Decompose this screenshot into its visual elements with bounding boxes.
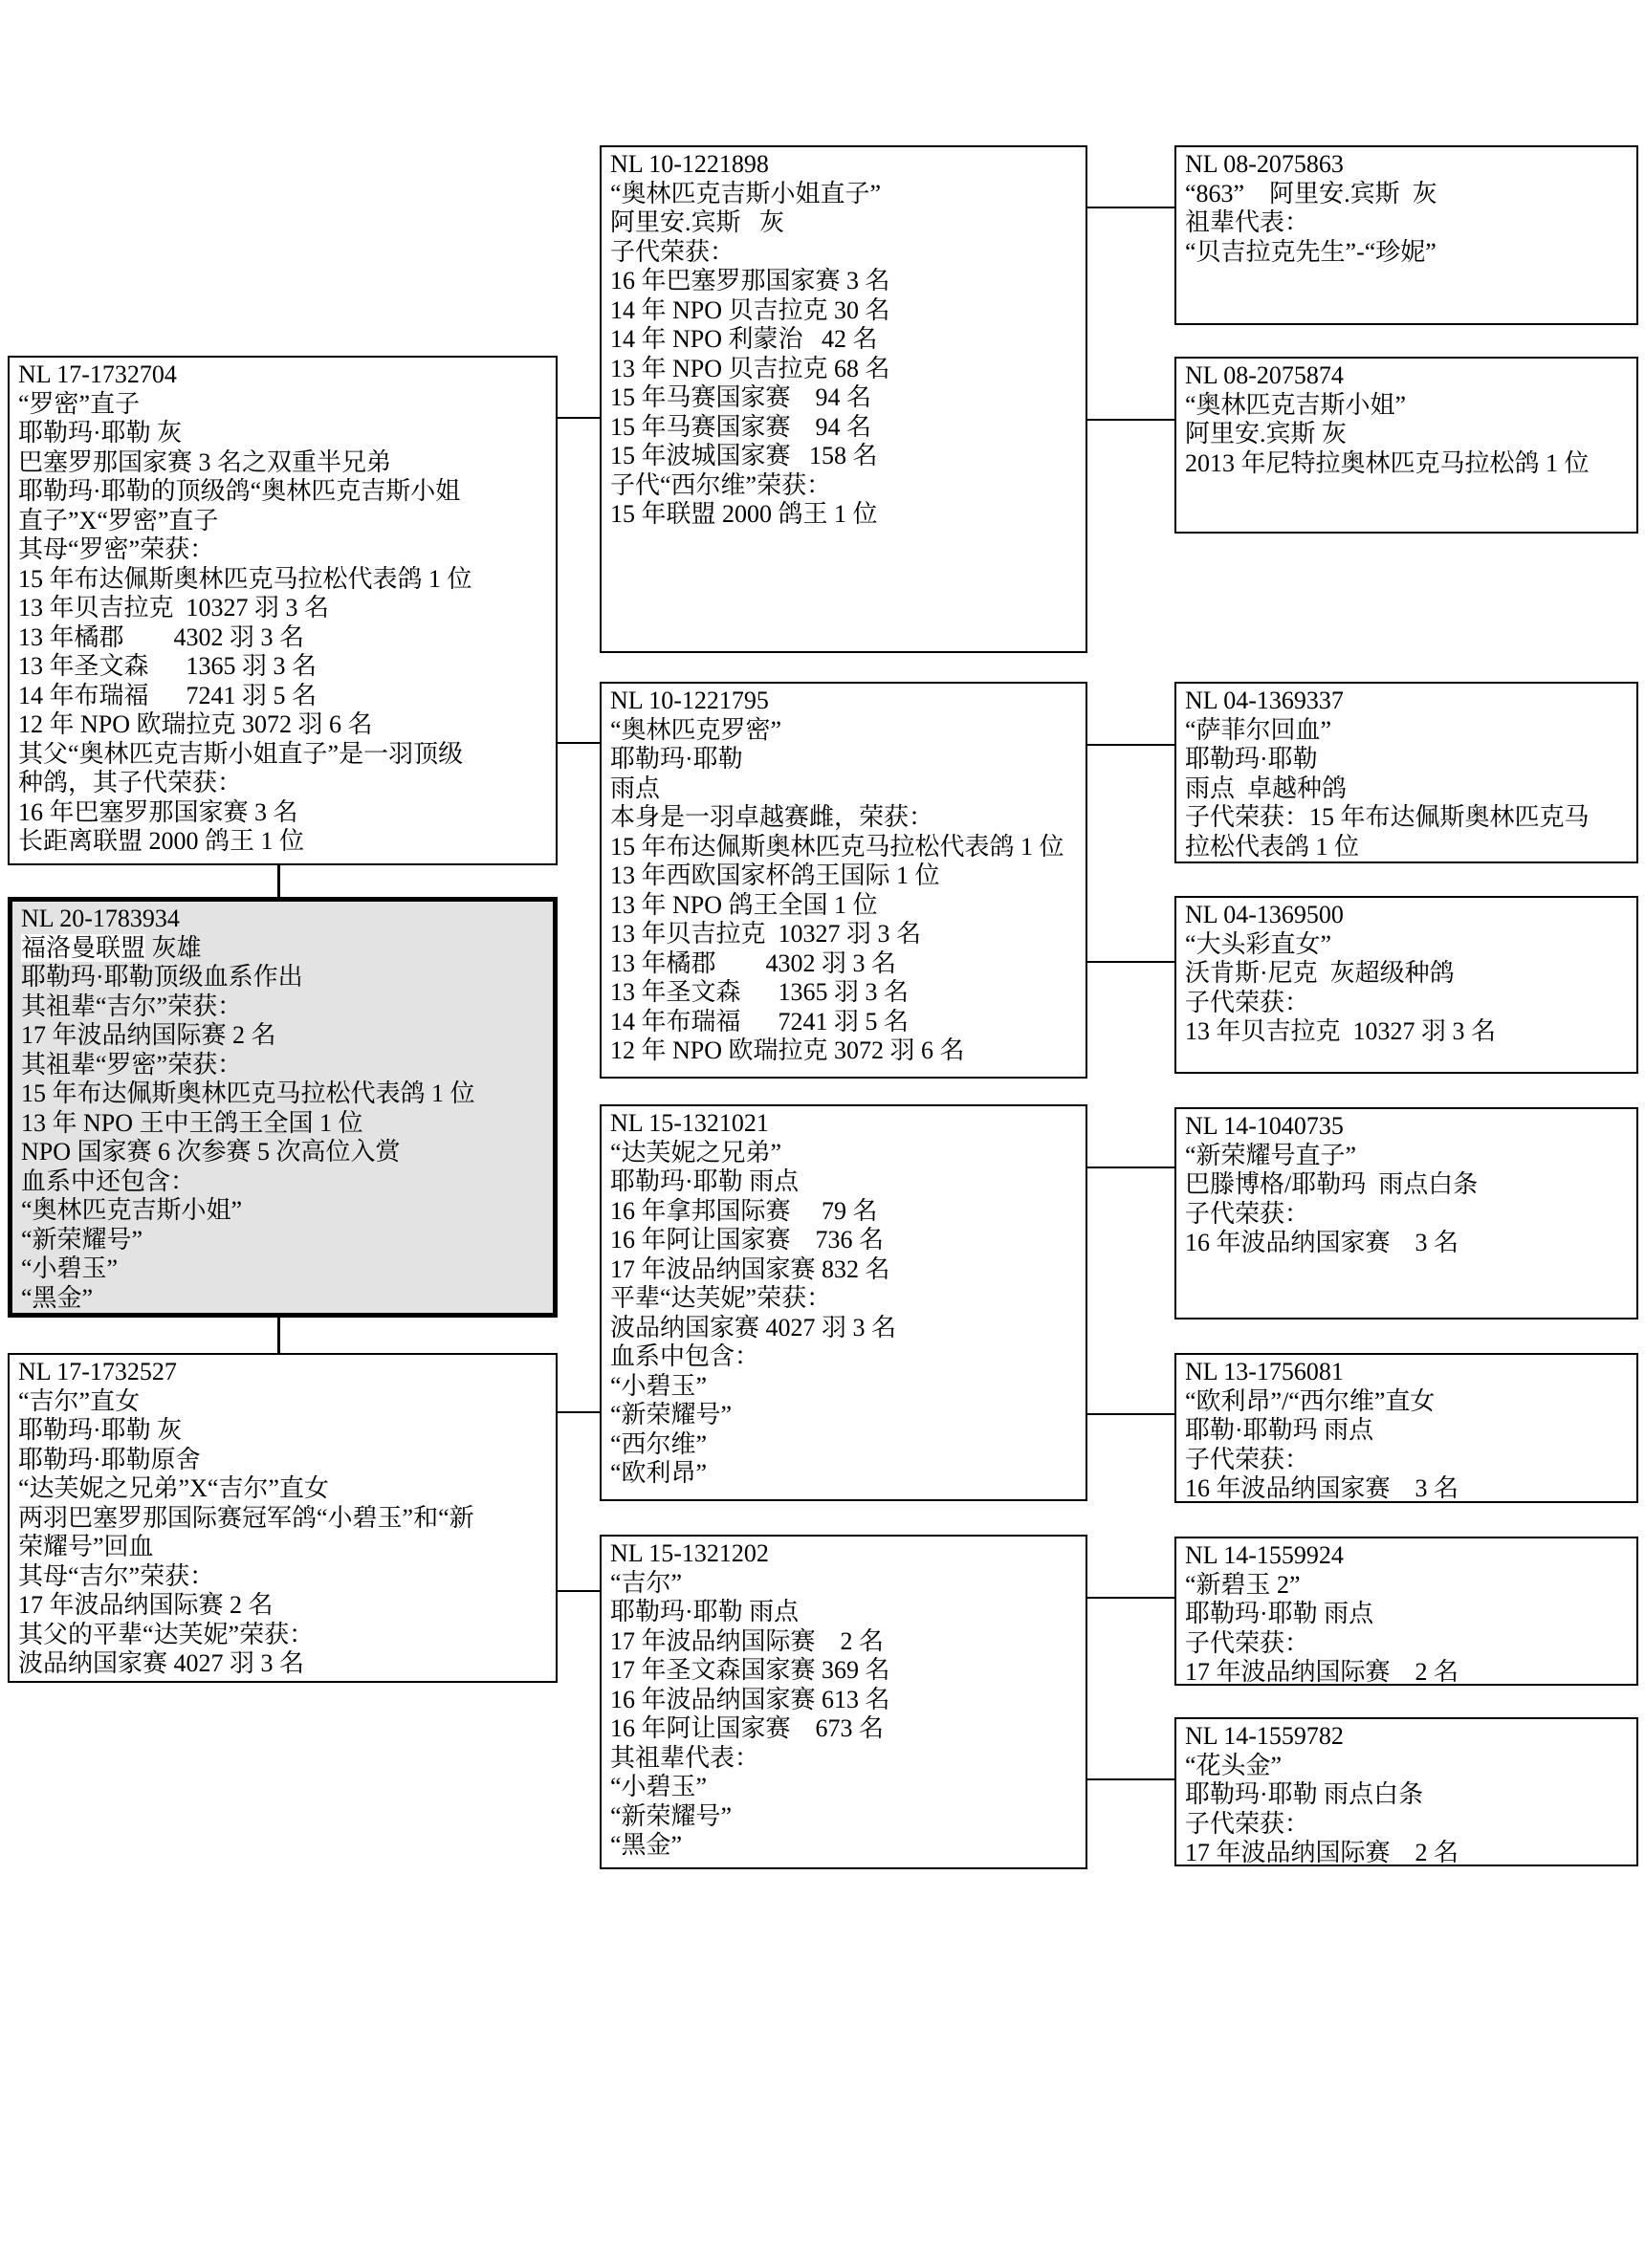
- box-line: “黑金”: [610, 1831, 1082, 1861]
- highlighted-text: 福洛曼联盟: [21, 934, 145, 962]
- ring-number: NL 10-1221795: [610, 687, 1082, 716]
- box-line: “新荣耀号”: [610, 1802, 1082, 1832]
- box-line: 雨点: [610, 774, 1082, 804]
- box-line: 14 年布瑞福 7241 羽 5 名: [610, 1008, 1082, 1037]
- box-line: 阿里安.宾斯 灰: [610, 208, 1082, 238]
- box-line: “小碧玉”: [610, 1372, 1082, 1402]
- box-line: 17 年圣文森国家赛 369 名: [610, 1656, 1082, 1686]
- box-line: 阿里安.宾斯 灰: [1185, 420, 1633, 449]
- box-line: 耶勒玛·耶勒原舍: [18, 1446, 552, 1475]
- ring-number: NL 10-1221898: [610, 150, 1082, 180]
- box-line: 拉松代表鸽 1 位: [1185, 833, 1633, 862]
- box-line: 13 年 NPO 王中王鸽王全国 1 位: [21, 1109, 549, 1139]
- box-line: 17 年波品纳国际赛 2 名: [610, 1627, 1082, 1657]
- box-line: “小碧玉”: [610, 1773, 1082, 1802]
- ring-number: NL 04-1369500: [1185, 901, 1633, 930]
- box-line: 子代荣获：: [1185, 1810, 1633, 1840]
- box-line: 耶勒·耶勒玛 雨点: [1185, 1416, 1633, 1446]
- box-line: “达芙妮之兄弟”: [610, 1139, 1082, 1168]
- connector-sire-sire-to-sire-sire-dam: [1087, 419, 1174, 421]
- box-line: 17 年波品纳国际赛 2 名: [21, 1021, 549, 1051]
- box-line: 13 年贝吉拉克 10327 羽 3 名: [610, 920, 1082, 949]
- box-line: “新荣耀号”: [21, 1226, 549, 1255]
- box-line: 15 年联盟 2000 鸽王 1 位: [610, 500, 1082, 530]
- box-line: “奥林匹克罗密”: [610, 716, 1082, 746]
- box-line: 12 年 NPO 欧瑞拉克 3072 羽 6 名: [610, 1036, 1082, 1066]
- box-line: “西尔维”: [610, 1430, 1082, 1460]
- connector-dam-sire-to-dam-sire-dam: [1087, 1413, 1174, 1415]
- pedigree-box-dam-dam-sire: NL 14-1559924“新碧玉 2”耶勒玛·耶勒 雨点子代荣获：17 年波品…: [1174, 1537, 1638, 1686]
- connector-sire-to-sire-sire: [558, 417, 600, 419]
- box-line: 波品纳国家赛 4027 羽 3 名: [610, 1314, 1082, 1343]
- box-line: 两羽巴塞罗那国际赛冠军鸽“小碧玉”和“新: [18, 1504, 552, 1534]
- box-line: 沃肯斯·尼克 灰超级种鸽: [1185, 959, 1633, 989]
- box-line: 耶勒玛·耶勒: [1185, 745, 1633, 774]
- box-line: “吉尔”直女: [18, 1387, 552, 1417]
- box-line: “新荣耀号”: [610, 1401, 1082, 1430]
- box-line: 17 年波品纳国家赛 832 名: [610, 1255, 1082, 1285]
- ring-number: NL 17-1732704: [18, 360, 552, 390]
- pedigree-box-sire-sire-sire: NL 08-2075863“863” 阿里安.宾斯 灰祖辈代表：“贝吉拉克先生”…: [1174, 145, 1638, 325]
- box-line: 14 年 NPO 贝吉拉克 30 名: [610, 296, 1082, 326]
- box-line: 15 年马赛国家赛 94 名: [610, 413, 1082, 443]
- box-line: 其祖辈“罗密”荣获：: [21, 1051, 549, 1080]
- box-line: 福洛曼联盟 灰雄: [21, 934, 549, 964]
- box-line: 长距离联盟 2000 鸽王 1 位: [18, 827, 552, 857]
- box-line: 13 年圣文森 1365 羽 3 名: [18, 652, 552, 682]
- box-line: 耶勒玛·耶勒 雨点: [610, 1598, 1082, 1627]
- box-line: 血系中还包含：: [21, 1167, 549, 1197]
- box-line: 13 年 NPO 鸽王全国 1 位: [610, 891, 1082, 921]
- box-line: 血系中包含：: [610, 1342, 1082, 1372]
- box-line: 子代荣获：: [610, 238, 1082, 268]
- ring-number: NL 15-1321202: [610, 1539, 1082, 1569]
- connector-dam-sire-to-dam-sire-sire: [1087, 1167, 1174, 1168]
- connector-dam-to-dam-dam: [558, 1590, 600, 1592]
- box-line: 其祖辈“吉尔”荣获：: [21, 992, 549, 1022]
- box-line: 15 年布达佩斯奥林匹克马拉松代表鸽 1 位: [610, 833, 1082, 862]
- pedigree-box-sire-sire: NL 10-1221898“奥林匹克吉斯小姐直子”阿里安.宾斯 灰子代荣获：16…: [600, 145, 1087, 653]
- box-line: 子代荣获：: [1185, 1629, 1633, 1659]
- box-line: 其母“吉尔”荣获：: [18, 1562, 552, 1592]
- box-line: 2013 年尼特拉奥林匹克马拉松鸽 1 位: [1185, 449, 1633, 479]
- box-line: “奥林匹克吉斯小姐直子”: [610, 180, 1082, 209]
- box-line: 耶勒玛·耶勒的顶级鸽“奥林匹克吉斯小姐: [18, 477, 552, 507]
- box-line: 耶勒玛·耶勒 灰: [18, 1416, 552, 1446]
- box-line: 巴塞罗那国家赛 3 名之双重半兄弟: [18, 448, 552, 478]
- box-line: 巴滕博格/耶勒玛 雨点白条: [1185, 1170, 1633, 1200]
- connector-dam-to-dam-sire: [558, 1411, 600, 1413]
- ring-number: NL 20-1783934: [21, 905, 549, 934]
- box-line: 直子”X“罗密”直子: [18, 507, 552, 536]
- box-line: “欧利昂”/“西尔维”直女: [1185, 1387, 1633, 1417]
- pedigree-box-sire-dam-dam: NL 04-1369500“大头彩直女”沃肯斯·尼克 灰超级种鸽子代荣获：13 …: [1174, 896, 1638, 1074]
- box-line: 耶勒玛·耶勒顶级血系作出: [21, 963, 549, 992]
- pedigree-box-sire: NL 17-1732704“罗密”直子耶勒玛·耶勒 灰巴塞罗那国家赛 3 名之双…: [8, 356, 558, 865]
- box-line: 耶勒玛·耶勒 雨点: [610, 1167, 1082, 1197]
- box-line: “奥林匹克吉斯小姐”: [21, 1196, 549, 1226]
- box-line: 13 年圣文森 1365 羽 3 名: [610, 978, 1082, 1008]
- box-line: “花头金”: [1185, 1752, 1633, 1781]
- box-line: 14 年 NPO 利蒙治 42 名: [610, 325, 1082, 355]
- box-line: 13 年贝吉拉克 10327 羽 3 名: [18, 594, 552, 623]
- box-line: 子代“西尔维”荣获：: [610, 471, 1082, 501]
- box-line: 17 年波品纳国际赛 2 名: [1185, 1839, 1633, 1868]
- box-line: 种鸽，其子代荣获：: [18, 769, 552, 798]
- ring-number: NL 13-1756081: [1185, 1358, 1633, 1387]
- pedigree-box-dam-sire-dam: NL 13-1756081“欧利昂”/“西尔维”直女耶勒·耶勒玛 雨点子代荣获：…: [1174, 1353, 1638, 1503]
- ring-number: NL 17-1732527: [18, 1358, 552, 1387]
- pedigree-box-subject: NL 20-1783934福洛曼联盟 灰雄耶勒玛·耶勒顶级血系作出其祖辈“吉尔”…: [8, 897, 558, 1318]
- pedigree-box-dam-dam-dam: NL 14-1559782“花头金”耶勒玛·耶勒 雨点白条子代荣获：17 年波品…: [1174, 1717, 1638, 1866]
- box-line: “达芙妮之兄弟”X“吉尔”直女: [18, 1474, 552, 1504]
- box-line: “奥林匹克吉斯小姐”: [1185, 391, 1633, 421]
- box-line: “大头彩直女”: [1185, 930, 1633, 960]
- box-line: 15 年波城国家赛 158 名: [610, 442, 1082, 471]
- box-line: 其母“罗密”荣获：: [18, 535, 552, 565]
- connector-dam-dam-to-dam-dam-dam: [1087, 1778, 1174, 1780]
- box-line: 子代荣获：: [1185, 1200, 1633, 1230]
- box-line: 16 年波品纳国家赛 3 名: [1185, 1474, 1633, 1504]
- box-line: 子代荣获：: [1185, 989, 1633, 1018]
- box-line: 17 年波品纳国际赛 2 名: [1185, 1658, 1633, 1688]
- box-line: “罗密”直子: [18, 390, 552, 420]
- box-line: 16 年阿让国家赛 673 名: [610, 1714, 1082, 1744]
- ring-number: NL 04-1369337: [1185, 687, 1633, 716]
- box-line: 16 年巴塞罗那国家赛 3 名: [18, 798, 552, 828]
- pedigree-box-dam: NL 17-1732527“吉尔”直女耶勒玛·耶勒 灰耶勒玛·耶勒原舍“达芙妮之…: [8, 1353, 558, 1683]
- ring-number: NL 14-1040735: [1185, 1112, 1633, 1142]
- box-line: 13 年西欧国家杯鸽王国际 1 位: [610, 861, 1082, 891]
- box-line: “小碧玉”: [21, 1254, 549, 1284]
- box-line: 平辈“达芙妮”荣获：: [610, 1284, 1082, 1314]
- box-line: 其父“奥林匹克吉斯小姐直子”是一羽顶级: [18, 740, 552, 770]
- connector-sire-dam-to-sire-dam-dam: [1087, 961, 1174, 963]
- pedigree-box-sire-sire-dam: NL 08-2075874“奥林匹克吉斯小姐”阿里安.宾斯 灰2013 年尼特拉…: [1174, 357, 1638, 534]
- box-line: “黑金”: [21, 1284, 549, 1314]
- box-line: 耶勒玛·耶勒: [610, 745, 1082, 774]
- box-line: “萨菲尔回血”: [1185, 716, 1633, 746]
- connector-dam-dam-to-dam-dam-sire: [1087, 1597, 1174, 1599]
- box-line: “863” 阿里安.宾斯 灰: [1185, 180, 1633, 209]
- ring-number: NL 15-1321021: [610, 1109, 1082, 1139]
- box-line: 祖辈代表：: [1185, 208, 1633, 238]
- box-line: 16 年巴塞罗那国家赛 3 名: [610, 267, 1082, 296]
- box-line: “贝吉拉克先生”-“珍妮”: [1185, 238, 1633, 268]
- box-line: “新荣耀号直子”: [1185, 1142, 1633, 1171]
- box-line: 15 年布达佩斯奥林匹克马拉松代表鸽 1 位: [21, 1079, 549, 1109]
- box-line: 13 年橘郡 4302 羽 3 名: [610, 949, 1082, 979]
- connector-sire-to-sire-dam: [558, 742, 600, 744]
- box-line: 16 年阿让国家赛 736 名: [610, 1226, 1082, 1255]
- box-line: 16 年波品纳国家赛 3 名: [1185, 1229, 1633, 1258]
- pedigree-box-sire-dam-sire: NL 04-1369337“萨菲尔回血”耶勒玛·耶勒雨点 卓越种鸽子代荣获：15…: [1174, 682, 1638, 863]
- box-line: NPO 国家赛 6 次参赛 5 次高位入赏: [21, 1138, 549, 1167]
- pedigree-box-dam-sire-sire: NL 14-1040735“新荣耀号直子”巴滕博格/耶勒玛 雨点白条子代荣获：1…: [1174, 1107, 1638, 1319]
- box-line: 16 年波品纳国家赛 613 名: [610, 1686, 1082, 1715]
- box-line: 13 年橘郡 4302 羽 3 名: [18, 623, 552, 653]
- ring-number: NL 14-1559782: [1185, 1722, 1633, 1752]
- box-line: 耶勒玛·耶勒 雨点: [1185, 1600, 1633, 1629]
- box-line: 本身是一羽卓越赛雌，荣获：: [610, 803, 1082, 833]
- connector-subject-to-dam: [277, 1318, 280, 1353]
- box-line: 波品纳国家赛 4027 羽 3 名: [18, 1649, 552, 1679]
- ring-number: NL 08-2075863: [1185, 150, 1633, 180]
- box-line: “欧利昂”: [610, 1459, 1082, 1489]
- pedigree-box-sire-dam: NL 10-1221795“奥林匹克罗密”耶勒玛·耶勒雨点本身是一羽卓越赛雌，荣…: [600, 682, 1087, 1079]
- ring-number: NL 14-1559924: [1185, 1541, 1633, 1571]
- box-line: 其父的平辈“达芙妮”荣获：: [18, 1621, 552, 1650]
- box-line: 子代荣获：: [1185, 1446, 1633, 1475]
- connector-sire-sire-to-sire-sire-sire: [1087, 207, 1174, 208]
- box-line: “新碧玉 2”: [1185, 1571, 1633, 1601]
- box-line: 14 年布瑞福 7241 羽 5 名: [18, 682, 552, 711]
- box-line: 16 年拿邦国际赛 79 名: [610, 1197, 1082, 1227]
- box-line: 17 年波品纳国际赛 2 名: [18, 1591, 552, 1621]
- connector-sire-dam-to-sire-dam-sire: [1087, 744, 1174, 746]
- pedigree-box-dam-sire: NL 15-1321021“达芙妮之兄弟”耶勒玛·耶勒 雨点16 年拿邦国际赛 …: [600, 1104, 1087, 1501]
- box-line: “吉尔”: [610, 1569, 1082, 1599]
- box-line: 12 年 NPO 欧瑞拉克 3072 羽 6 名: [18, 710, 552, 740]
- box-line: 其祖辈代表：: [610, 1744, 1082, 1774]
- box-line: 耶勒玛·耶勒 雨点白条: [1185, 1780, 1633, 1810]
- box-line: 耶勒玛·耶勒 灰: [18, 419, 552, 448]
- pedigree-box-dam-dam: NL 15-1321202“吉尔”耶勒玛·耶勒 雨点17 年波品纳国际赛 2 名…: [600, 1535, 1087, 1869]
- box-line: 15 年马赛国家赛 94 名: [610, 383, 1082, 413]
- box-line: 15 年布达佩斯奥林匹克马拉松代表鸽 1 位: [18, 565, 552, 595]
- box-line: 子代荣获：15 年布达佩斯奥林匹克马: [1185, 803, 1633, 833]
- box-line: 13 年 NPO 贝吉拉克 68 名: [610, 355, 1082, 384]
- ring-number: NL 08-2075874: [1185, 361, 1633, 391]
- box-line: 13 年贝吉拉克 10327 羽 3 名: [1185, 1017, 1633, 1047]
- box-line: 雨点 卓越种鸽: [1185, 774, 1633, 804]
- pedigree-chart: NL 17-1732704“罗密”直子耶勒玛·耶勒 灰巴塞罗那国家赛 3 名之双…: [0, 0, 1645, 2268]
- box-line: 荣耀号”回血: [18, 1533, 552, 1562]
- connector-subject-to-sire: [277, 865, 280, 897]
